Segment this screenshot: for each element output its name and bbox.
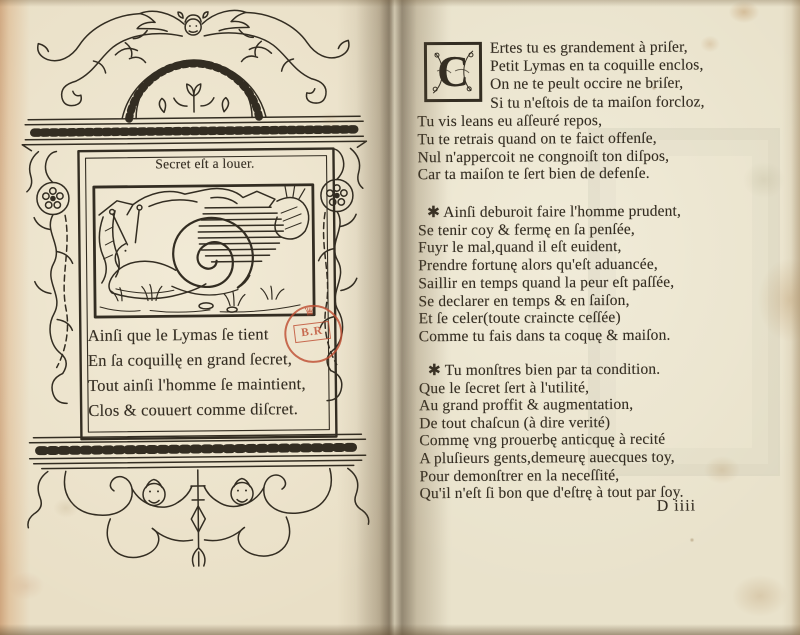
quatrain-line: En ſa coquillę en grand ſecret, bbox=[88, 346, 306, 373]
poem-line: De tout chaſcun (à dire verité) bbox=[419, 413, 683, 432]
poem-line: Et ſe celer(toute craincte ceſſée) bbox=[419, 309, 682, 328]
poem-line: Ertes tu es grandement à priſer, bbox=[490, 38, 704, 58]
drop-cap-letter: C bbox=[427, 46, 479, 98]
stanza-1-indented: Ertes tu es grandement à priſer, Petit L… bbox=[490, 38, 705, 112]
woodcut-border bbox=[0, 0, 392, 635]
poem-line: Se tenir coy & fermę en ſa penſée, bbox=[418, 220, 681, 239]
poem-line: Se declarer en temps & en ſaiſon, bbox=[418, 291, 681, 310]
poem-line: Fuyr le mal,quand il eſt euident, bbox=[418, 238, 681, 257]
poem-line: Comme tu fais dans ta coquę & maiſon. bbox=[419, 327, 682, 346]
left-page: Secret eſt a louer. Ainſi que le Lymas ſ… bbox=[0, 0, 392, 635]
stanza-1-full-measure: Tu vis leans eu aſſeuré repos, Tu te ret… bbox=[417, 112, 669, 185]
poem-line: Nul n'appercoit ne congnoiſt ton diſpos, bbox=[418, 147, 670, 166]
poem-line: Que le ſecret ſert à l'utilité, bbox=[419, 378, 683, 397]
signature-mark: D iiii bbox=[657, 498, 696, 516]
poem-line: Pour demonſtrer en la neceſſité, bbox=[419, 466, 683, 485]
snail-woodcut bbox=[94, 185, 314, 317]
poem-line: Si tu n'eſtois de ta maiſon forcloz, bbox=[490, 93, 704, 113]
poem-line: Au grand proffit & augmentation, bbox=[419, 396, 683, 415]
poem-line: Tu te retrais quand on te faict offenſe, bbox=[417, 129, 669, 148]
bottom-center-finial bbox=[191, 470, 206, 566]
poem-line: ✱ Tu monſtres bien par ta condition. bbox=[419, 361, 683, 380]
quatrain-line: Ainſi que le Lymas ſe tient bbox=[88, 321, 306, 348]
pediment-scrollwork bbox=[37, 11, 185, 106]
quatrain-line: Tout ainſi l'homme ſe maintient, bbox=[88, 371, 306, 398]
quatrain-line: Clos & couuert comme diſcret. bbox=[88, 396, 306, 423]
poem-line: A pluſieurs gents,demeurę auecques toy, bbox=[419, 449, 683, 468]
poem-line: ✱ Ainſi deburoit faire l'homme prudent, bbox=[418, 203, 681, 222]
book-spread-photo: { "title": "Renaissance emblem book open… bbox=[0, 0, 800, 635]
poem-line: Tu vis leans eu aſſeuré repos, bbox=[417, 112, 669, 131]
poem-line: Prendre fortunę alors qu'eſt aduancée, bbox=[418, 256, 681, 275]
stanza-2: ✱ Ainſi deburoit faire l'homme prudent, … bbox=[418, 203, 682, 346]
poem-line: On ne te peult occire ne briſer, bbox=[490, 75, 704, 95]
poem-line: Saillir en temps quand la peur eſt paſſé… bbox=[418, 273, 681, 292]
arch-tympanum bbox=[121, 59, 266, 118]
top-cornice bbox=[22, 116, 367, 192]
stanza-3: ✱ Tu monſtres bien par ta condition. Que… bbox=[419, 361, 684, 503]
woodcut-caption: Secret eſt a louer. bbox=[95, 155, 315, 173]
decorated-initial: C bbox=[424, 42, 482, 102]
poem-line: Qu'il n'eſt ſi bon que d'eſtrę à tout pa… bbox=[420, 484, 684, 503]
bottom-scrollwork bbox=[27, 470, 192, 559]
poem-text: C Ertes tu es grandement à priſer, Petit… bbox=[392, 0, 800, 635]
poem-line: Car ta maiſon te ſert bien de defenſe. bbox=[418, 165, 670, 184]
poem-line: Petit Lymas en ta coquille enclos, bbox=[490, 57, 704, 77]
left-quatrain: Ainſi que le Lymas ſe tient En ſa coquil… bbox=[88, 321, 307, 423]
bottom-cornice bbox=[29, 434, 365, 469]
poem-line: Commę vng prouerbę anticquę à recité bbox=[419, 431, 683, 450]
right-page: C Ertes tu es grandement à priſer, Petit… bbox=[392, 0, 800, 635]
side-foliage bbox=[33, 151, 74, 403]
